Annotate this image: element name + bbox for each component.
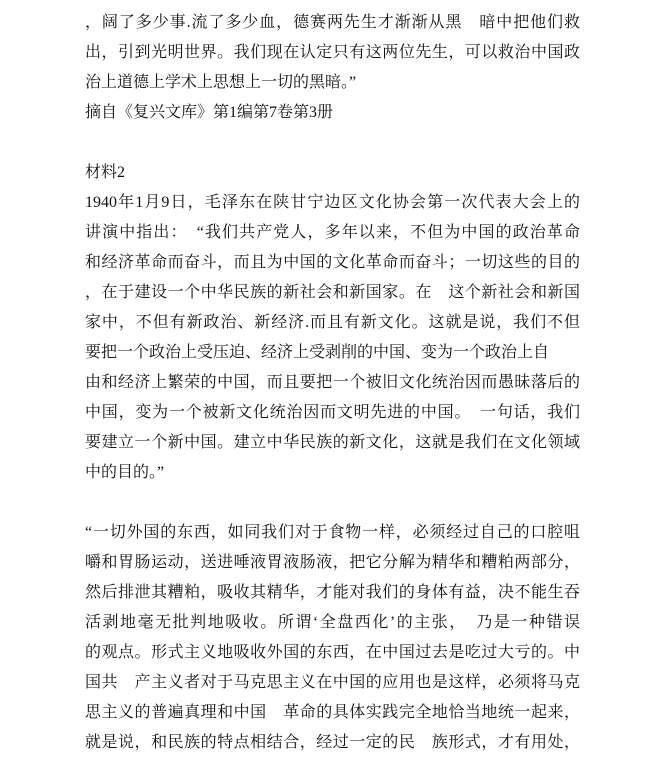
text-line: 要把一个政治上受压迫、经济上受剥削的中国、变为一个政治上自 [85, 338, 580, 368]
text-line: 国共 产主义者对于马克思主义在中国的应用也是这样，必须将马克 [85, 668, 580, 698]
text-line: 和经济革命而奋斗，而且为中国的文化革命而奋斗；一切这些的目的 [85, 248, 580, 278]
material2-heading: 材料2 [85, 158, 580, 188]
text-line: 然后排泄其糟粕，吸收其精华，才能对我们的身体有益，决不能生吞 [85, 578, 580, 608]
text-line: 活剥地毫无批判地吸收。所谓‘全盘西化’的主张， 乃是一种错误 [85, 608, 580, 638]
text-line: 出，引到光明世界。我们现在认定只有这两位先生，可以救治中国政 [85, 38, 580, 68]
source-citation: 摘自《复兴文库》第1编第7卷第3册 [85, 98, 580, 128]
text-line: 由和经济上繁荣的中国，而且要把一个被旧文化统治因而愚昧落后的 [85, 368, 580, 398]
text-line: “一切外国的东西，如同我们对于食物一样，必须经过自己的口腔咀 [85, 518, 580, 548]
text-line: 思主义的普遍真理和中国 革命的具体实践完全地恰当地统一起来， [85, 698, 580, 728]
text-line: 1940年1月9日，毛泽东在陕甘宁边区文化协会第一次代表大会上的 [85, 188, 580, 218]
text-line: 中国，变为一个被新文化统治因而文明先进的中国。 一句话，我们 [85, 398, 580, 428]
material2-section: 材料2 1940年1月9日，毛泽东在陕甘宁边区文化协会第一次代表大会上的 讲演中… [85, 158, 580, 488]
text-line: 讲演中指出： “我们共产党人，多年以来，不但为中国的政治革命 [85, 218, 580, 248]
text-line: 就是说，和民族的特点相结合，经过一定的民 族形式，才有用处， [85, 728, 580, 758]
text-line: 家中，不但有新政治、新经济.而且有新文化。这就是说，我们不但 [85, 308, 580, 338]
foreign-things-quote-section: “一切外国的东西，如同我们对于食物一样，必须经过自己的口腔咀 嚼和胃肠运动，送进… [85, 518, 580, 758]
material1-excerpt-section: ，阔了多少事.流了多少血，德赛两先生才渐渐从黑 暗中把他们救 出，引到光明世界。… [85, 8, 580, 128]
document-page: ，阔了多少事.流了多少血，德赛两先生才渐渐从黑 暗中把他们救 出，引到光明世界。… [0, 0, 645, 762]
text-line: ，阔了多少事.流了多少血，德赛两先生才渐渐从黑 暗中把他们救 [85, 8, 580, 38]
text-line: 嚼和胃肠运动，送进唾液胃液肠液，把它分解为精华和糟粕两部分， [85, 548, 580, 578]
text-line: 的观点。形式主义地吸收外国的东西，在中国过去是吃过大亏的。中 [85, 638, 580, 668]
text-line: 中的目的。” [85, 458, 580, 488]
text-line: 治上道德上学术上思想上一切的黑暗。” [85, 68, 580, 98]
text-line: 要建立一个新中国。建立中华民族的新文化，这就是我们在文化领域 [85, 428, 580, 458]
text-line: ，在于建设一个中华民族的新社会和新国家。在 这个新社会和新国 [85, 278, 580, 308]
